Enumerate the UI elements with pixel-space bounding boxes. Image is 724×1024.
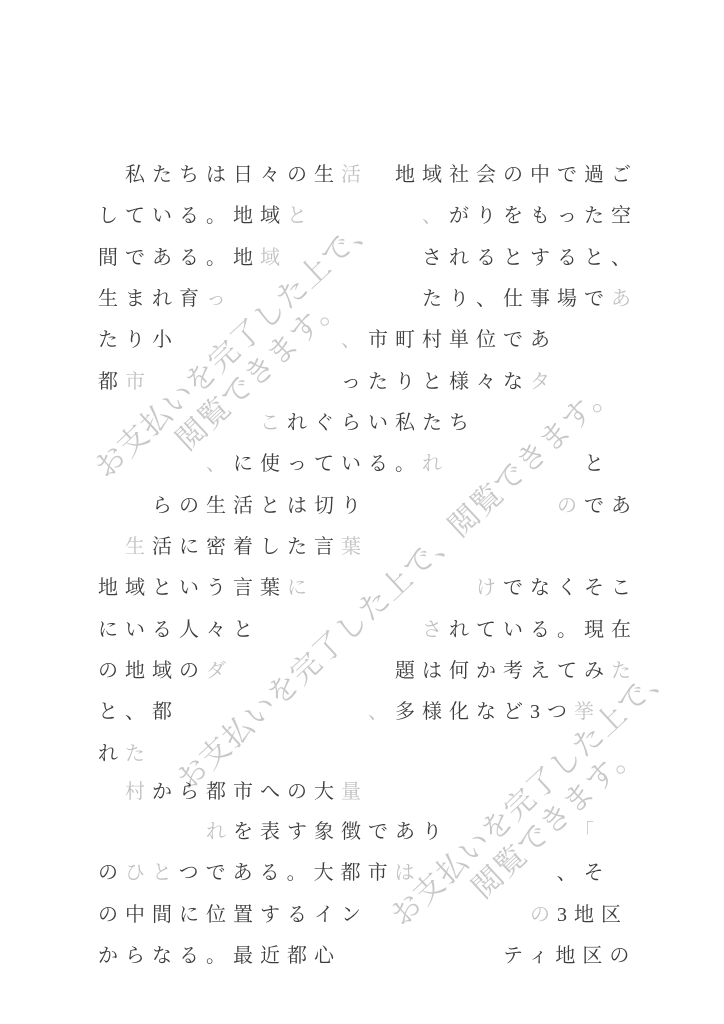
text-segment: 「 [584,821,601,843]
text-segment: している。地域 [98,205,287,227]
text-segment: 村 [125,781,152,803]
document-text-line: れた [98,742,152,766]
text-segment: たり、仕事場で [422,288,611,310]
text-segment: 間である。地 [98,247,260,269]
text-segment: 生 [125,536,152,558]
text-segment: 多様化など3つ [395,701,574,723]
text-segment: 地域社会の中で過ご [395,164,638,186]
document-text-line: している。地域と 、がりをもった空 [98,204,638,228]
text-segment: タ [530,371,557,393]
document-text-line: らの生活とは切り のであ [98,494,638,518]
text-segment: の [557,495,584,517]
document-text-line: と、都 、多様化など3つ挙 [98,700,601,724]
text-segment: されるとすると、 [422,247,638,269]
document-text-line: にいる人々と されている。現在 [98,618,638,642]
text-segment: た [125,743,152,765]
text-segment: 域 [260,247,287,269]
text-segment: を表す象徴であり [233,821,449,843]
text-segment: つである。大都市 [179,862,395,884]
document-text-line: 生まれ育っ たり、仕事場であ [98,287,638,311]
text-segment: の [530,904,557,926]
text-segment: 題は何か考えてみ [395,660,611,682]
document-text-line: 生活に密着した言葉 [98,535,368,559]
text-segment: た [611,660,638,682]
text-segment: は [395,862,422,884]
text-segment: と [584,453,611,475]
text-segment: 地域という言葉 [98,577,287,599]
text-segment: に [287,577,314,599]
text-segment: の地域の [98,660,206,682]
text-segment: 私たちは日々の生 [125,164,341,186]
text-segment: ダ [206,660,233,682]
text-segment: れている。現在 [449,619,638,641]
text-segment: っ [206,288,233,310]
text-segment: 、そ [557,862,611,884]
text-segment: け [476,577,503,599]
text-segment: の [98,862,125,884]
text-segment: 量 [341,781,368,803]
text-segment: であ [584,495,638,517]
text-segment: ティ地区の [503,945,636,967]
scanned-document-page: お支払いを完了した上で、閲覧できます。お支払いを完了した上で、閲覧できます。お支… [0,0,724,1024]
document-text-line: 地域という言葉に けでなくそこ [98,576,638,600]
text-segment: 活 [341,164,368,186]
document-text-line: の地域のダ 題は何か考えてみた [98,659,638,683]
text-segment: 、 [368,701,395,723]
document-text-line: 、に使っている。れ と [98,452,611,476]
text-segment: ひと [125,862,179,884]
text-segment: にいる人々と [98,619,260,641]
text-segment: たり小 [98,329,179,351]
text-segment: 挙 [574,701,601,723]
text-segment: がりをもった空 [449,205,638,227]
text-segment: れ [206,821,233,843]
text-segment: 市町村単位であ [368,329,557,351]
text-segment: れ [98,743,125,765]
text-segment: 、 [341,329,368,351]
text-segment: れ [422,453,449,475]
text-segment: さ [422,619,449,641]
text-segment: と、都 [98,701,179,723]
text-segment: 、 [206,453,233,475]
document-text-line: これぐらい私たち [98,411,476,435]
text-segment: こ [260,412,287,434]
text-segment: に使っている。 [233,453,422,475]
document-text-layer: 私たちは日々の生活 地域社会の中で過ごしている。地域と 、がりをもった空間である… [0,0,724,1024]
text-segment: 活に密着した言 [152,536,341,558]
text-segment: あ [611,288,638,310]
text-segment: 市 [125,371,152,393]
document-text-line: たり小 、市町村単位であ [98,328,557,352]
document-text-line: からなる。最近都心 ティ地区の [98,944,636,968]
document-text-line: 都市 ったりと様々なタ [98,370,557,394]
text-segment: ったりと様々な [341,371,530,393]
text-segment: から都市への大 [152,781,341,803]
text-segment: 葉 [341,536,368,558]
text-segment: らの生活とは切り [152,495,368,517]
text-segment: 都 [98,371,125,393]
text-segment: からなる。最近都心 [98,945,341,967]
document-text-line: の中間に位置するイン の3地区 [98,903,628,927]
text-segment: と [287,205,314,227]
document-text-line: 私たちは日々の生活 地域社会の中で過ご [98,163,638,187]
text-segment: れぐらい私たち [287,412,476,434]
document-text-line: のひとつである。大都市は 、そ [98,861,611,885]
document-text-line: 村から都市への大量 [98,780,368,804]
document-text-line: れを表す象徴であり 「 [98,820,601,844]
text-segment: 、 [422,205,449,227]
text-segment: 3地区 [557,904,628,926]
text-segment: でなくそこ [503,577,638,599]
text-segment: の中間に位置するイン [98,904,368,926]
document-text-line: 間である。地域 されるとすると、 [98,246,638,270]
text-segment: 生まれ育 [98,288,206,310]
